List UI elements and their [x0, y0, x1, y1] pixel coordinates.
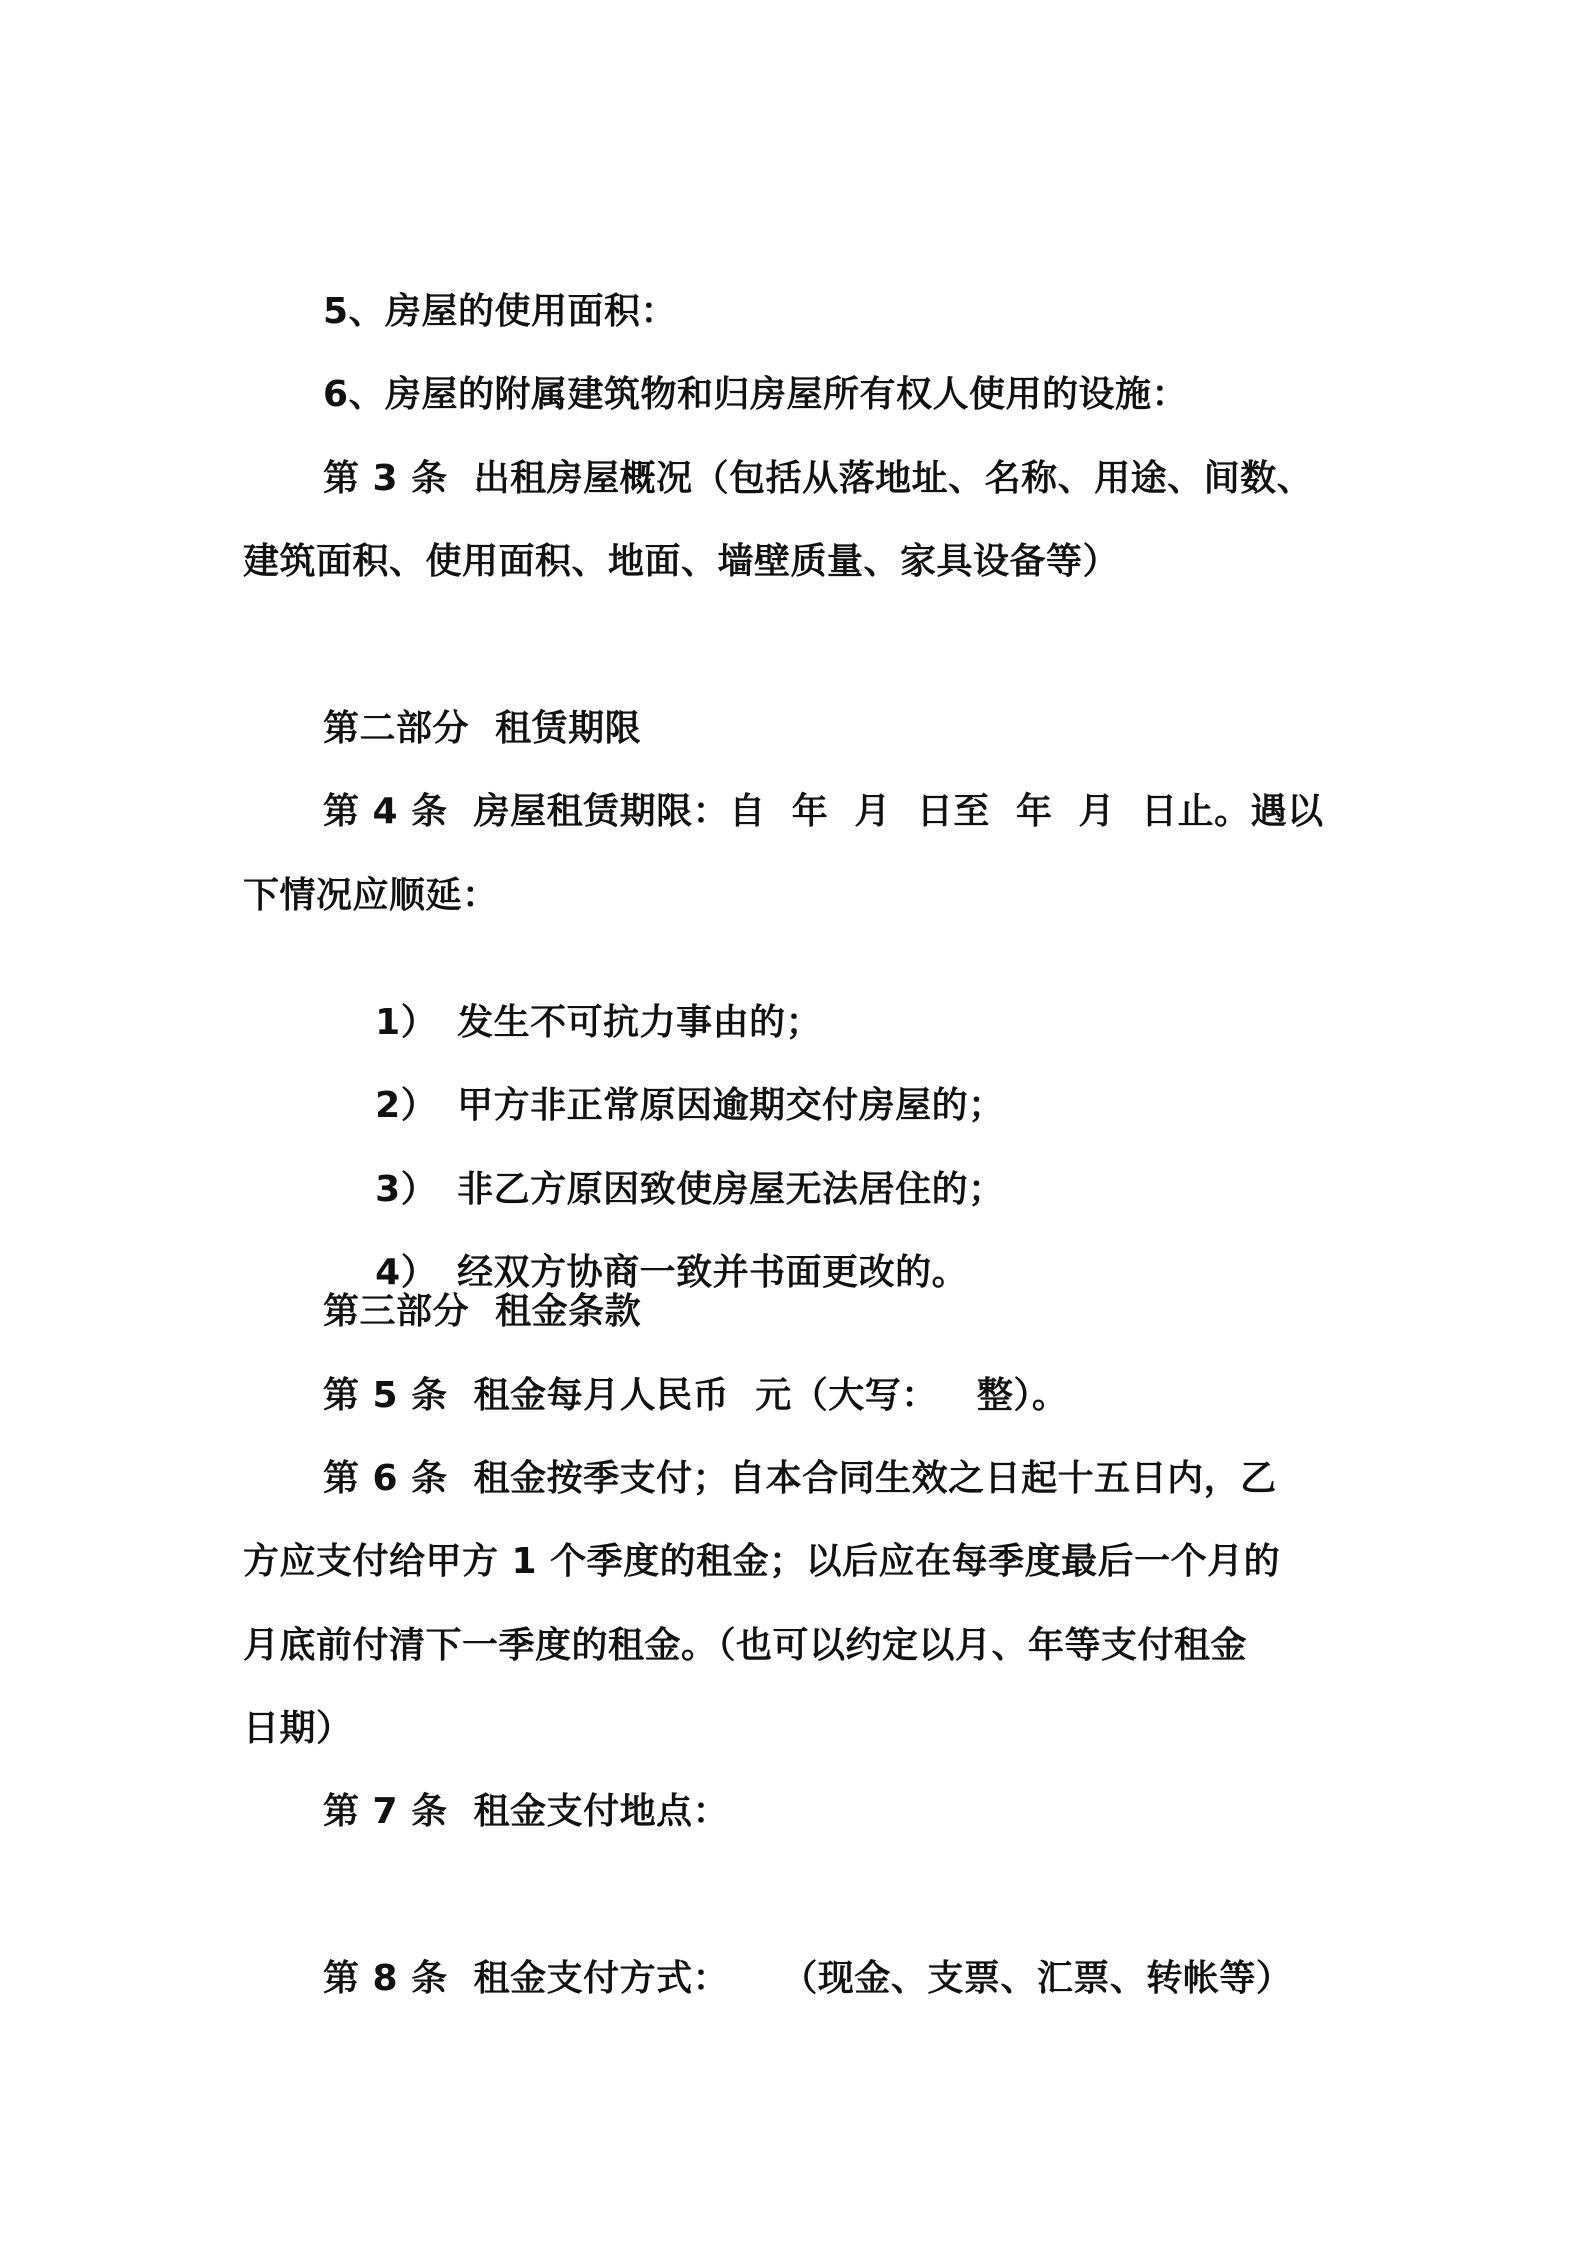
list-item-number: 1） [375, 1001, 457, 1045]
article-6-line-3: 月底前付清下一季度的租金。（也可以约定以月、年等支付租金 [243, 1624, 1247, 1668]
article-3-line-1: 第 3 条 出租房屋概况（包括从落地址、名称、用途、间数、 [323, 457, 1313, 501]
item-5-usable-area: 5、房屋的使用面积： [323, 290, 677, 334]
list-item-number: 4） [375, 1251, 457, 1295]
list-item-number: 3） [375, 1168, 457, 1212]
article-8-payment-method: 第 8 条 租金支付方式： （现金、支票、汇票、转帐等） [323, 1957, 1292, 2001]
list-item-text: 发生不可抗力事由的； [457, 1002, 822, 1043]
part-2-heading: 第二部分 租赁期限 [323, 707, 641, 751]
article-5-monthly-rent: 第 5 条 租金每月人民币 元（大写： 整）。 [323, 1374, 1068, 1418]
article-3-line-2: 建筑面积、使用面积、地面、墙壁质量、家具设备等） [243, 540, 1119, 584]
article-6-line-2: 方应支付给甲方 1 个季度的租金；以后应在每季度最后一个月的 [243, 1540, 1280, 1584]
list-item-text: 经双方协商一致并书面更改的。 [457, 1252, 968, 1293]
article-6-line-1: 第 6 条 租金按季支付；自本合同生效之日起十五日内，乙 [323, 1457, 1277, 1501]
article-4-line-2: 下情况应顺延： [243, 874, 499, 918]
item-6-ancillary-facilities: 6、房屋的附属建筑物和归房屋所有权人使用的设施： [323, 373, 1188, 417]
list-item-number: 2） [375, 1084, 457, 1128]
article-4-line-1: 第 4 条 房屋租赁期限：自 年 月 日至 年 月 日止。遇以 [323, 790, 1324, 834]
article-7-payment-location: 第 7 条 租金支付地点： [323, 1790, 729, 1834]
list-item-text: 非乙方原因致使房屋无法居住的； [457, 1169, 1005, 1210]
part-3-heading: 第三部分 租金条款 [323, 1290, 641, 1334]
list-item-text: 甲方非正常原因逾期交付房屋的； [457, 1085, 1005, 1126]
article-6-line-4: 日期） [243, 1707, 353, 1751]
document-page: 5、房屋的使用面积： 6、房屋的附属建筑物和归房屋所有权人使用的设施： 第 3 … [0, 0, 1586, 2244]
